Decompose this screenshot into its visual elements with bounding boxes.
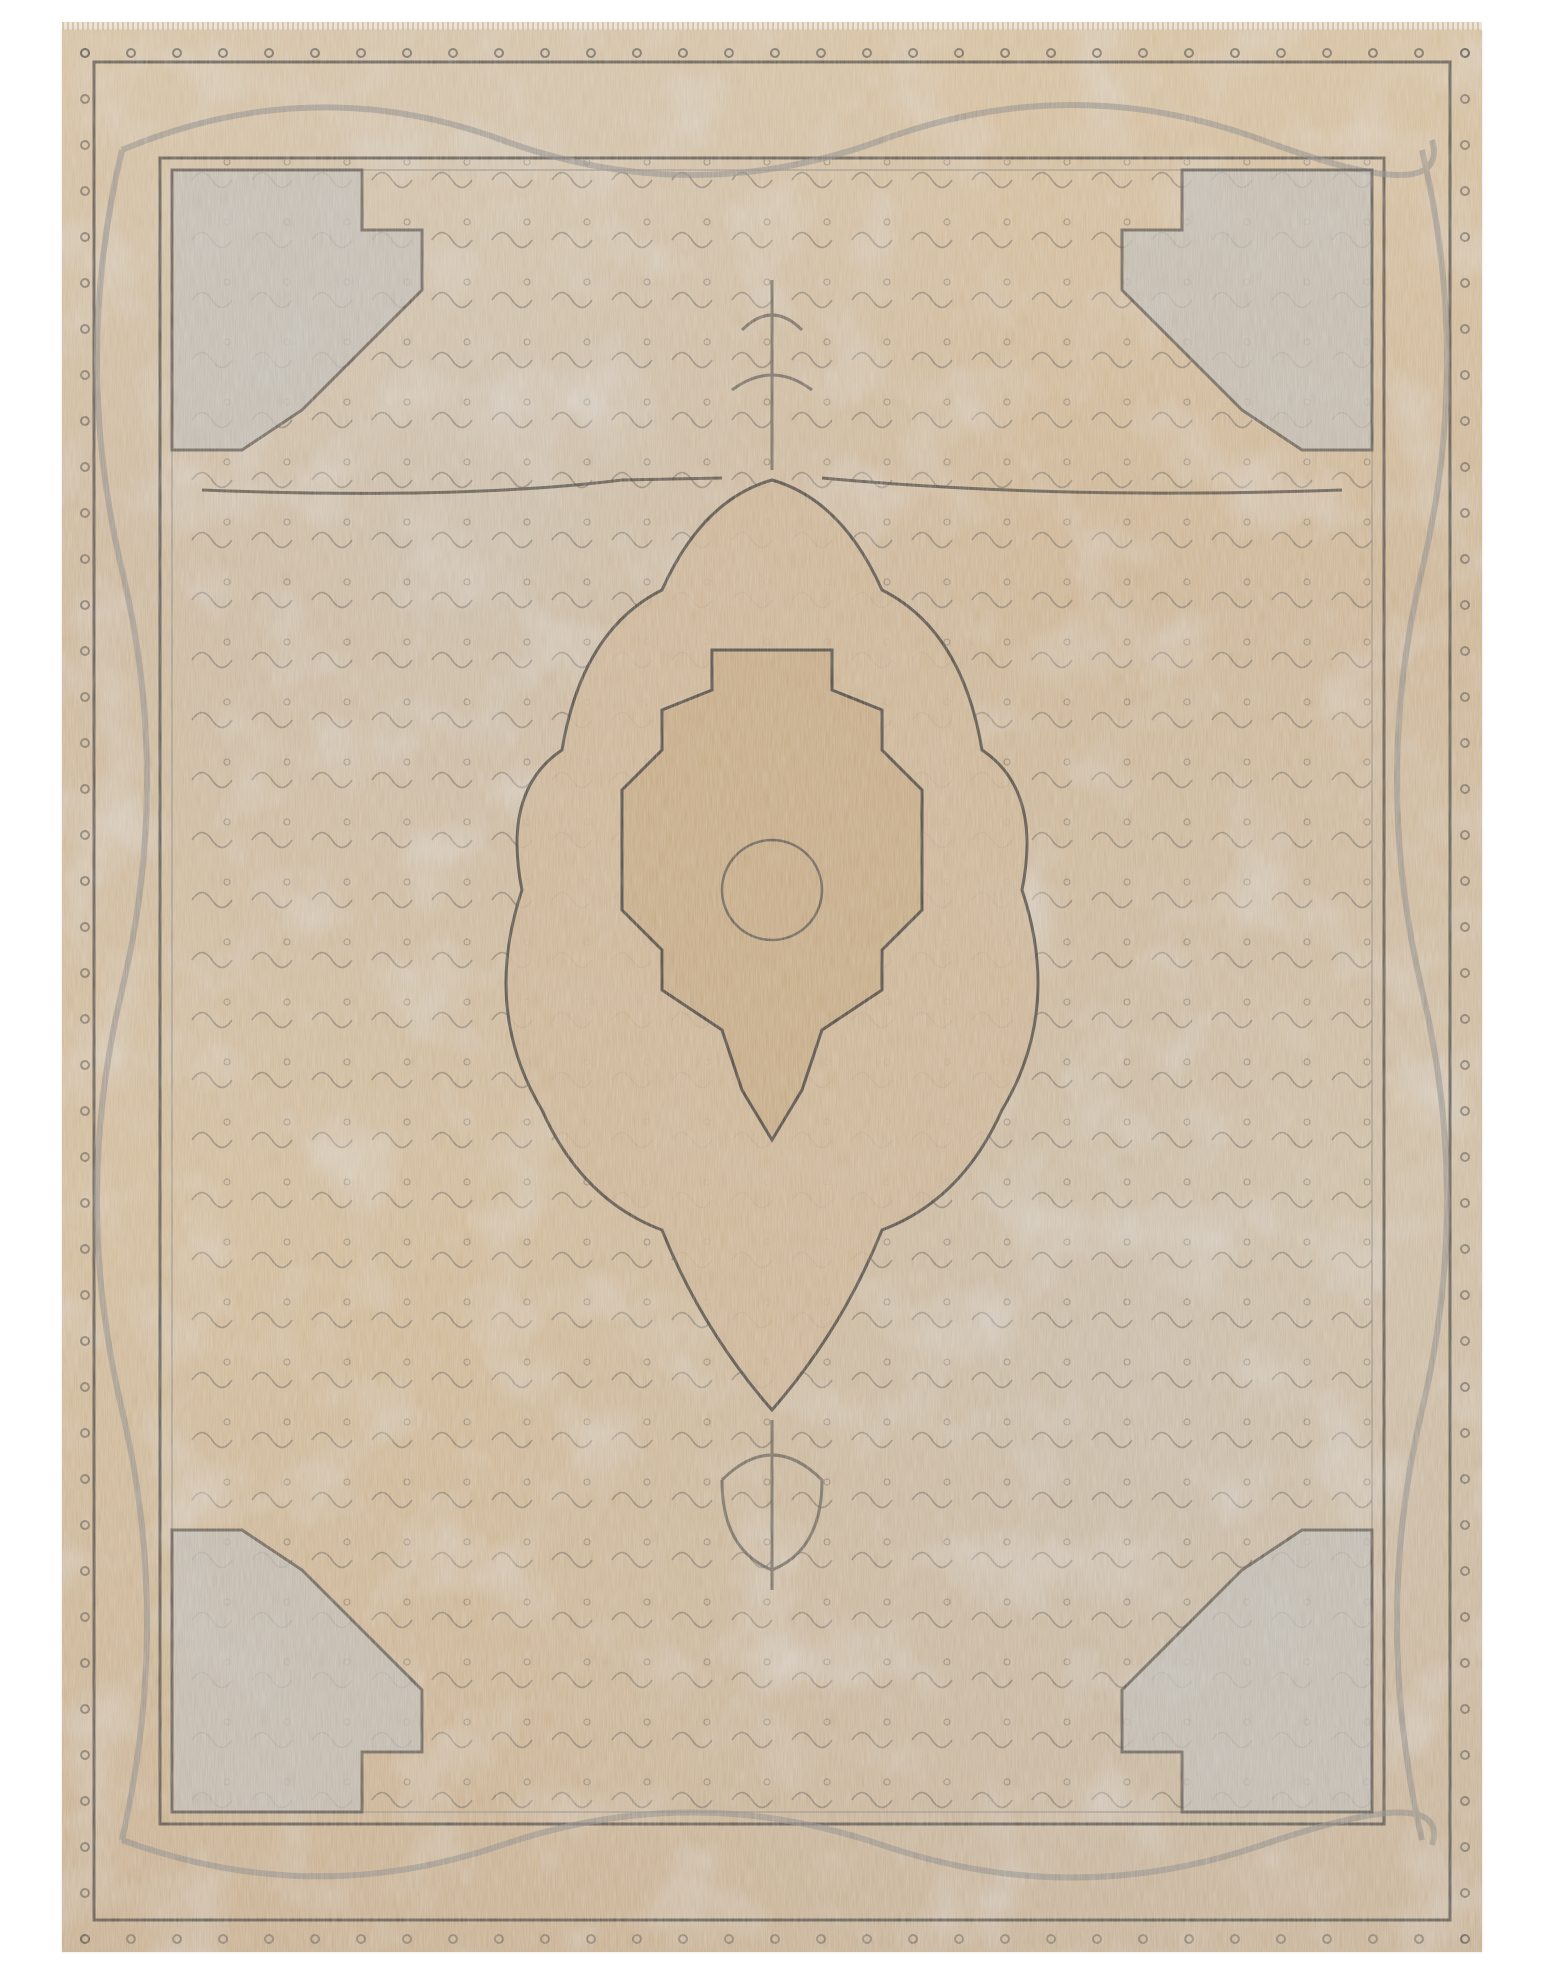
rug: [62, 30, 1482, 1952]
rug-pattern: [62, 30, 1482, 1952]
